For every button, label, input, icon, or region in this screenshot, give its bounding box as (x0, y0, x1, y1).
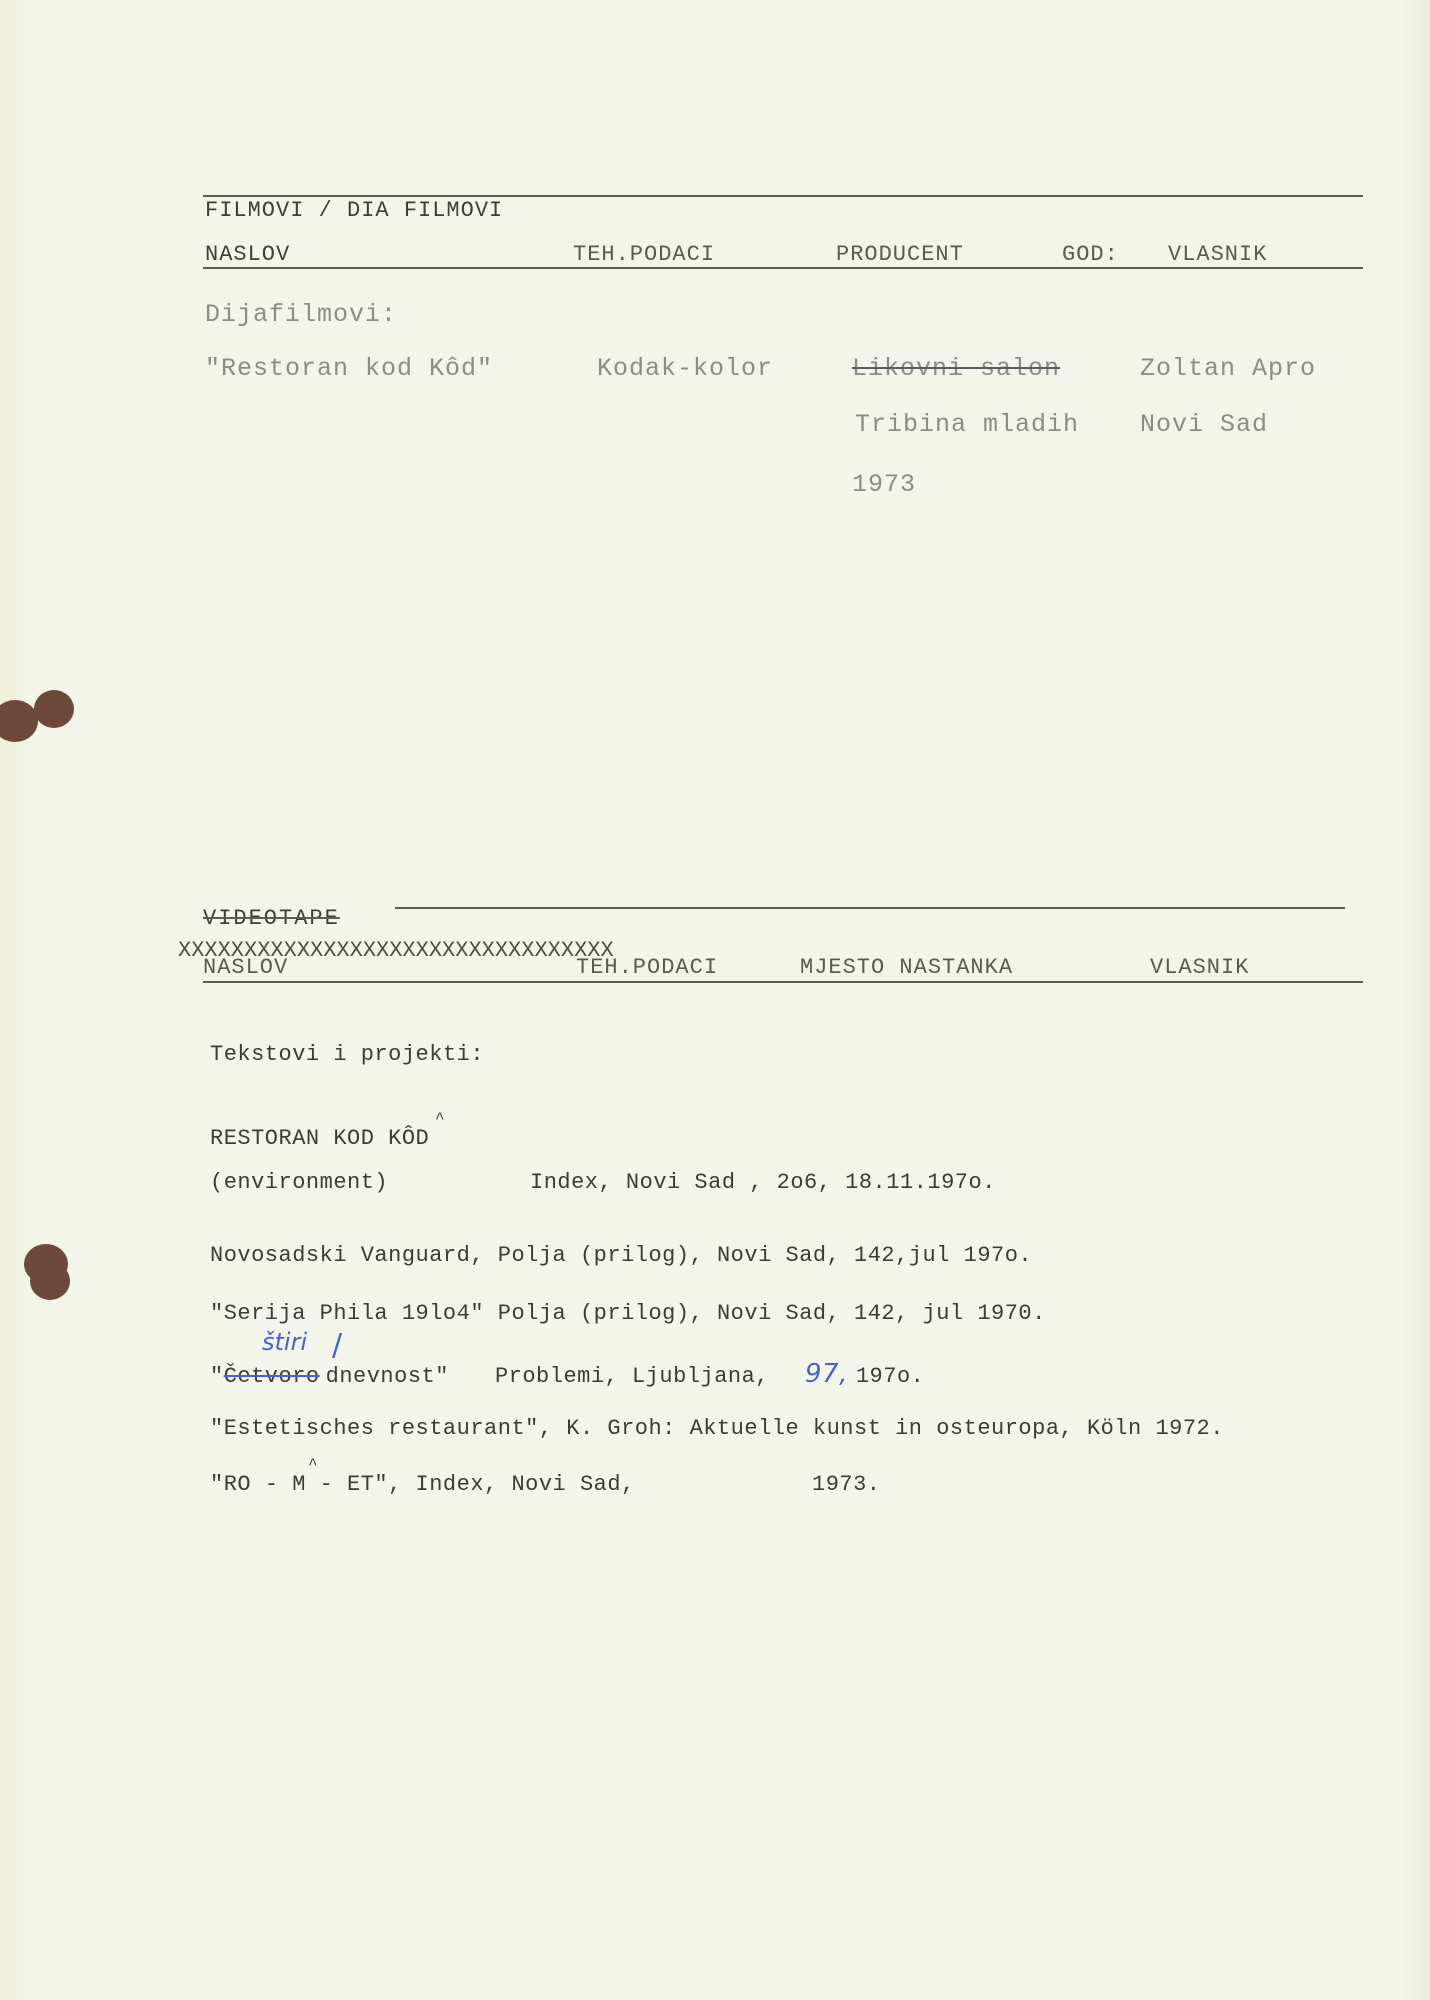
entry-teh-podaci: Kodak-kolor (597, 354, 773, 383)
col2-mjesto-nastanka: MJESTO NASTANKA (800, 955, 1013, 980)
section1-title: FILMOVI / DIA FILMOVI (205, 198, 503, 223)
section1-top-rule (203, 195, 1363, 197)
group-label-tekstovi: Tekstovi i projekti: (210, 1042, 484, 1067)
punch-hole-top-b (34, 690, 74, 728)
col-producent: PRODUCENT (836, 242, 964, 267)
entry-novosadski: Novosadski Vanguard, Polja (prilog), Nov… (210, 1243, 1032, 1268)
entry-title: RESTORAN KOD KÔD (210, 1126, 429, 1151)
entry-ro-m-et-year: 1973. (812, 1472, 881, 1497)
entry-vlasnik-line1: Zoltan Apro (1140, 354, 1316, 383)
entry-subtitle: (environment) (210, 1170, 388, 1195)
col-naslov: NASLOV (205, 242, 290, 267)
entry-serija-phila: "Serija Phila 19lo4" Polja (prilog), Nov… (210, 1301, 1046, 1326)
handwritten-insert-arrow: / (332, 1328, 342, 1363)
section2-header-rule (203, 981, 1363, 983)
struck-word: Četvoro (224, 1364, 320, 1389)
handwritten-insert: štiri (262, 1328, 307, 1356)
col-vlasnik: VLASNIK (1168, 242, 1267, 267)
circumflex-mark: ^ (435, 1110, 445, 1128)
section2-top-rule (395, 907, 1345, 909)
quote-open: " (210, 1364, 224, 1389)
entry-godina: 1973 (852, 470, 916, 499)
entry-problemi: Problemi, Ljubljana, (495, 1364, 769, 1389)
entry-source: Index, Novi Sad , 2o6, 18.11.197o. (530, 1170, 996, 1195)
col2-teh-podaci: TEH.PODACI (576, 955, 718, 980)
entry-estetisches: "Estetisches restaurant", K. Groh: Aktue… (210, 1416, 1224, 1441)
entry-naslov: "Restoran kod Kôd" (205, 354, 493, 383)
entry-cetvoro-line: "Četvorodnevnost"Problemi, Ljubljana,97,… (210, 1359, 924, 1389)
punch-hole-bottom-b (30, 1262, 70, 1300)
section2-struck-title: VIDEOTAPE (203, 906, 340, 931)
col2-vlasnik: VLASNIK (1150, 955, 1249, 980)
entry-year: 197o. (856, 1364, 925, 1389)
col-god: GOD: (1062, 242, 1119, 267)
col2-naslov: NASLOV (203, 955, 288, 980)
group-label-dijafilmovi: Dijafilmovi: (205, 300, 397, 329)
entry-producent-struck: Likovni salon (852, 354, 1060, 383)
word-rest: dnevnost" (326, 1364, 449, 1389)
handwritten-number: 97, (805, 1359, 848, 1389)
section1-header-rule (203, 267, 1363, 269)
entry-producent: Tribina mladih (855, 410, 1079, 439)
entry-vlasnik-line2: Novi Sad (1140, 410, 1268, 439)
col-teh-podaci: TEH.PODACI (573, 242, 715, 267)
entry-ro-m-et: "RO - M - ET", Index, Novi Sad, (210, 1472, 635, 1497)
